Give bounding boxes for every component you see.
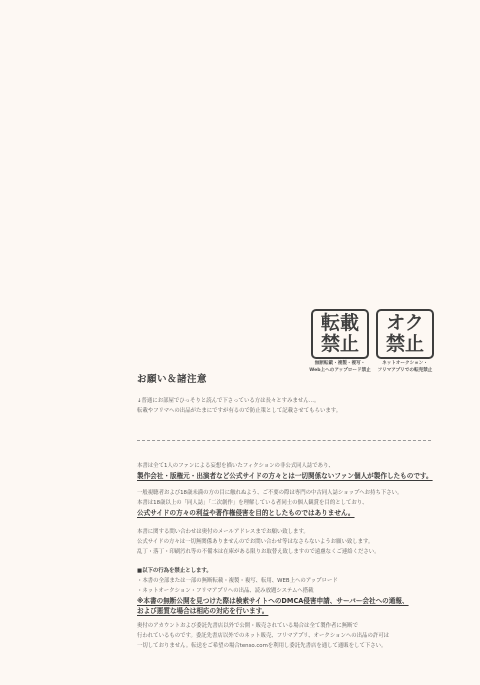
stamp-text: 転載: [321, 313, 359, 334]
section-resale-notice: 奥付のアカウントおよび委託先書店以外で公開・販売されている場合は全て製作者に無断…: [137, 621, 437, 651]
intro-paragraph: ↓普通にお部屋でひっそりと読んで下さっている方は長々とすみません…。 転載やフリ…: [137, 396, 437, 416]
section-fiction-notice: 本書は全て1人のファンによる妄想を描いたフィクションの非公式同人誌であり、 製作…: [137, 461, 437, 481]
stamp-caption: ネットオークション・ フリマアプリでの転売禁止: [360, 361, 450, 374]
section-prohibited-acts: ■以下の行為を禁止とします。 ・本書の全部または一部の無断転載・複製・複写、転用…: [137, 566, 437, 616]
section-contact-notice: 本書に関する問い合わせは奥付のメールアドレスまでお願い致します。 公式サイドの方…: [137, 527, 437, 557]
stamp-text: 禁止: [386, 334, 424, 355]
dashed-divider: [137, 440, 431, 441]
section-age-notice: 一般視聴者および18歳未満の方の目に触れぬよう、ご不要の際は専門の中古同人誌ショ…: [137, 488, 437, 518]
stamp-text: オク: [386, 313, 424, 334]
no-auction-stamp: オク 禁止: [376, 309, 434, 359]
stamp-text: 禁止: [321, 334, 359, 355]
page-heading: お願い＆諸注意: [137, 371, 207, 385]
no-reprint-stamp: 転載 禁止: [311, 309, 369, 359]
